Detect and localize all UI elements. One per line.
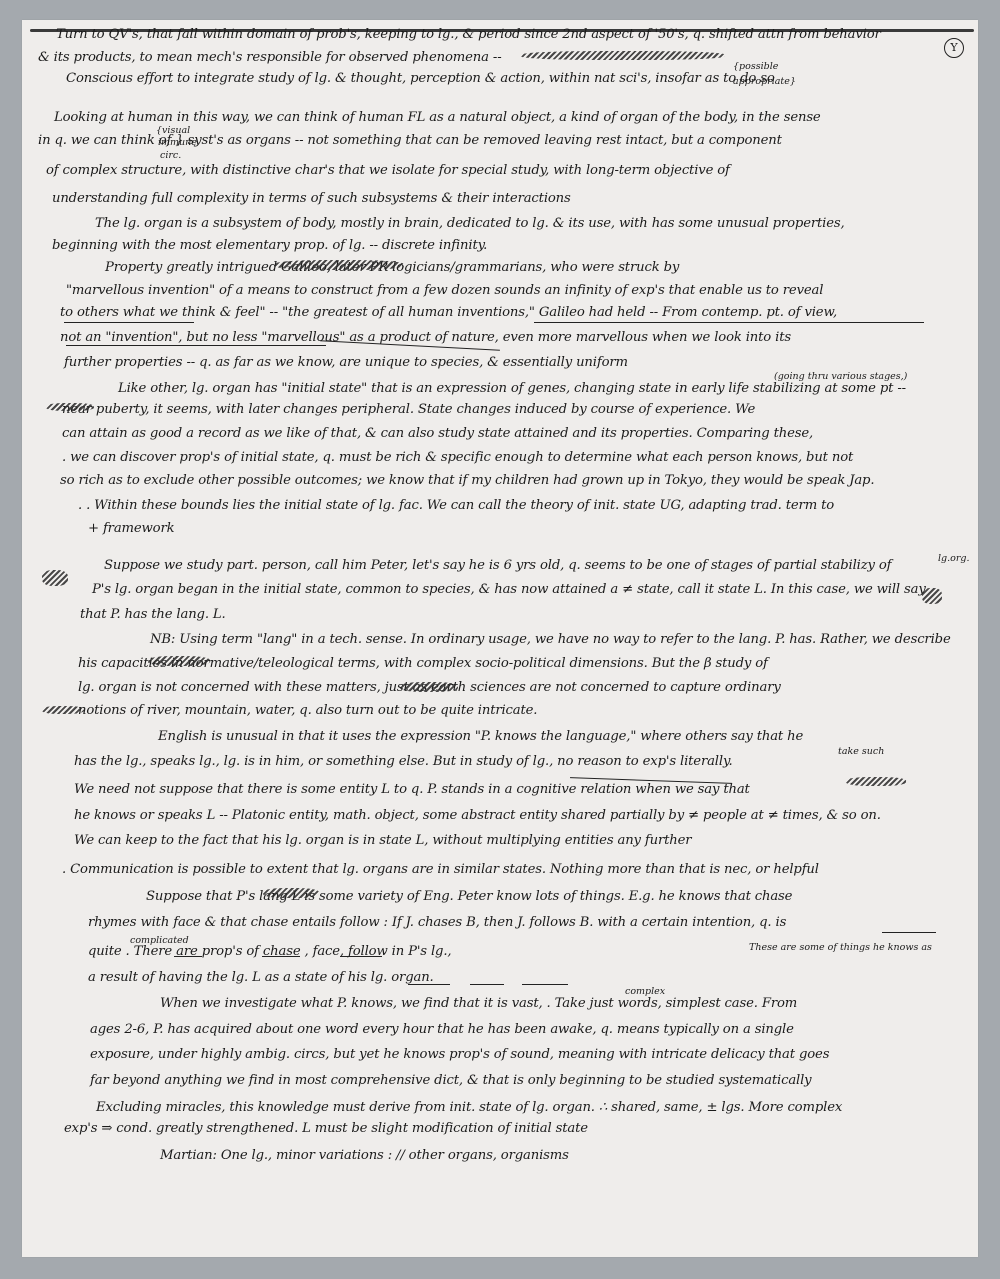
handwritten-line: understanding full complexity in terms o… — [52, 191, 571, 206]
underline — [408, 984, 450, 985]
handwritten-line: a result of having the lg. L as a state … — [88, 970, 434, 985]
handwritten-line: Suppose that P's lang L is some variety … — [146, 889, 792, 904]
crossed-out-text — [846, 777, 906, 786]
interlinear-note: complicated — [130, 935, 189, 946]
handwritten-line: notions of river, mountain, water, q. al… — [78, 703, 537, 718]
interlinear-note: appropriate} — [733, 76, 796, 87]
handwritten-line: We need not suppose that there is some e… — [74, 782, 750, 797]
handwritten-line: Turn to QV's, that fall within domain of… — [56, 27, 881, 42]
crossed-out-text — [148, 656, 210, 666]
crossed-out-text — [42, 570, 68, 586]
handwritten-line: has the lg., speaks lg., lg. is in him, … — [74, 754, 733, 769]
handwritten-line: The lg. organ is a subsystem of body, mo… — [95, 216, 845, 231]
underline — [66, 345, 326, 346]
underline — [174, 956, 202, 957]
interlinear-note: (going thru various stages,) — [774, 371, 907, 382]
crossed-out-text — [922, 588, 942, 604]
handwritten-line: English is unusual in that it uses the e… — [158, 729, 803, 744]
crossed-out-text — [274, 260, 404, 270]
underline — [534, 322, 924, 323]
handwritten-line: far beyond anything we find in most comp… — [90, 1073, 811, 1088]
handwritten-line: exposure, under highly ambig. circs, but… — [90, 1047, 829, 1062]
handwritten-line: Suppose we study part. person, call him … — [104, 558, 891, 573]
interlinear-note: {visual — [156, 125, 190, 136]
handwritten-line: rhymes with face & that chase entails fo… — [88, 915, 786, 930]
handwritten-line: exp's ⇒ cond. greatly strengthened. L mu… — [64, 1121, 588, 1136]
handwritten-line: P's lg. organ began in the initial state… — [92, 582, 926, 597]
crossed-out-text — [46, 403, 94, 411]
handwritten-line: near puberty, it seems, with later chang… — [62, 402, 755, 417]
manuscript-page: Y Turn to QV's, that fall within domain … — [22, 20, 978, 1257]
underline — [64, 322, 194, 323]
underline — [882, 932, 936, 933]
handwritten-line: When we investigate what P. knows, we fi… — [160, 996, 797, 1011]
handwritten-line: in q. we can think of } syst's as organs… — [38, 133, 782, 148]
underline — [470, 984, 504, 985]
handwritten-line: Like other, lg. organ has "initial state… — [118, 381, 906, 396]
interlinear-note: {possible — [733, 61, 778, 72]
handwritten-line: further properties -- q. as far as we kn… — [64, 355, 628, 370]
handwritten-line: can attain as good a record as we like o… — [62, 426, 813, 441]
interlinear-note: lg.org. — [938, 553, 970, 564]
handwritten-line: ages 2-6, P. has acquired about one word… — [90, 1022, 794, 1037]
handwritten-line: & its products, to mean mech's responsib… — [38, 50, 502, 65]
handwritten-line: Looking at human in this way, we can thi… — [54, 110, 821, 125]
crossed-out-text — [400, 682, 458, 692]
interlinear-note: take such — [838, 746, 884, 757]
handwritten-line: Conscious effort to integrate study of l… — [66, 71, 775, 86]
crossed-out-text — [263, 888, 319, 898]
handwritten-line: "marvellous invention" of a means to con… — [66, 283, 823, 298]
interlinear-note: immune — [158, 137, 197, 148]
handwritten-line: so rich as to exclude other possible out… — [60, 473, 874, 488]
handwritten-line: + framework — [88, 521, 174, 536]
handwritten-line: NB: Using term "lang" in a tech. sense. … — [150, 632, 951, 647]
interlinear-note: These are some of things he knows as — [749, 942, 932, 953]
handwritten-line: . Communication is possible to extent th… — [62, 862, 819, 877]
handwritten-line: beginning with the most elementary prop.… — [52, 238, 487, 253]
handwritten-line: not an "invention", but no less "marvell… — [60, 330, 791, 345]
handwritten-line: he knows or speaks L -- Platonic entity,… — [74, 808, 881, 823]
underline — [522, 984, 568, 985]
handwritten-line: . we can discover prop's of initial stat… — [62, 450, 853, 465]
interlinear-note: circ. — [160, 150, 181, 161]
handwritten-line: Excluding miracles, this knowledge must … — [96, 1100, 842, 1115]
handwritten-line: . . Within these bounds lies the initial… — [78, 498, 834, 513]
page-number-circled: Y — [944, 38, 964, 58]
crossed-out-text — [521, 51, 725, 60]
crossed-out-text — [42, 706, 84, 714]
interlinear-note: complex — [625, 986, 665, 997]
handwritten-line: to others what we think & feel" -- "the … — [60, 305, 837, 320]
underline — [262, 956, 300, 957]
handwritten-line: that P. has the lang. L. — [80, 607, 226, 622]
handwritten-line: Martian: One lg., minor variations : // … — [160, 1148, 569, 1163]
handwritten-line: We can keep to the fact that his lg. org… — [74, 833, 691, 848]
underline — [340, 956, 382, 957]
handwritten-line: of complex structure, with distinctive c… — [46, 163, 730, 178]
